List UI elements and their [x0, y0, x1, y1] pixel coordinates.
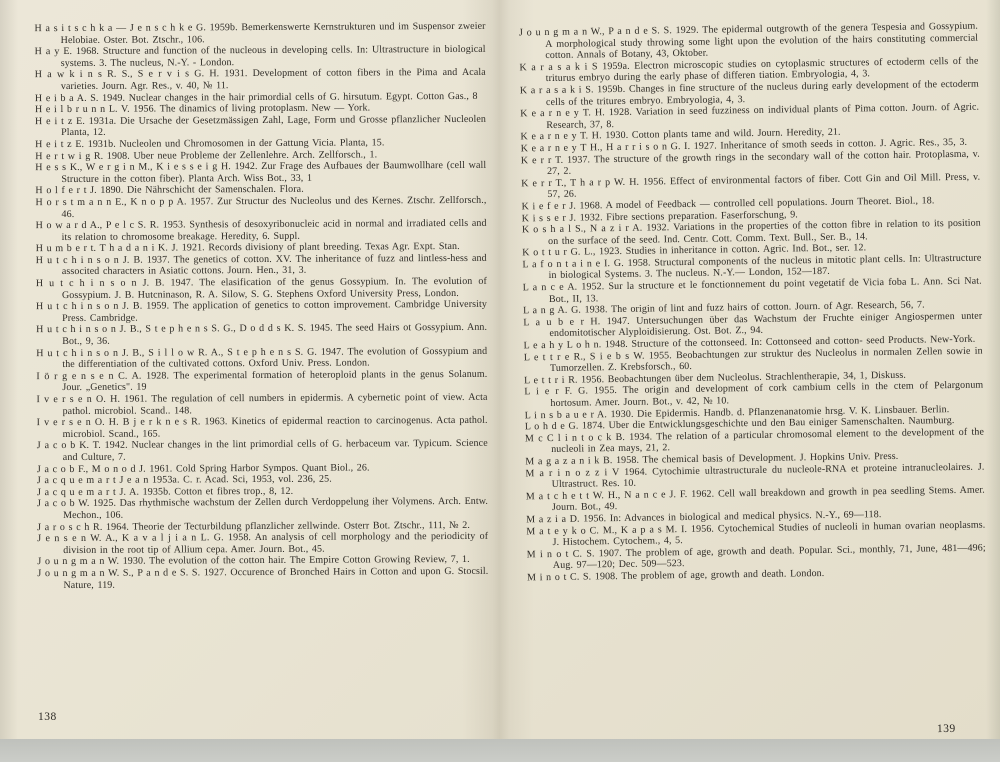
reference-entry: H a s i t s c h k a — J e n s c h k e G.…: [35, 21, 486, 47]
right-page-references: J o u n g m a n W., P a n d e S. S. 1929…: [519, 21, 986, 584]
reference-entry: J a c o b K. T. 1942. Nuclear changes in…: [37, 438, 488, 464]
reference-entry: J e n s e n W. A., K a v a l j i a n L. …: [37, 531, 488, 557]
reference-entry: H u t c h i n s o n J. B. 1947. The elas…: [36, 276, 487, 302]
page-number-right: 139: [937, 723, 956, 735]
reference-entry: H e i t z E. 1931a. Die Ursache der Gese…: [35, 114, 486, 140]
reference-entry: J o u n g m a n W. S., P a n d e S. S. 1…: [37, 566, 488, 592]
reference-entry: I ö r g e n s e n C. A. 1928. The experi…: [36, 369, 487, 395]
reference-entry: H o w a r d A., P e l c S. R. 1953. Synt…: [36, 218, 487, 244]
reference-entry: H u t c h i n s o n J. B., S t e p h e n…: [36, 322, 487, 348]
left-page-references: H a s i t s c h k a — J e n s c h k e G.…: [35, 21, 489, 591]
book-spread: H a s i t s c h k a — J e n s c h k e G.…: [0, 0, 1000, 741]
reference-entry: H o r s t m a n n E., K n o p p A. 1957.…: [35, 195, 486, 221]
scanned-book-spread: { "colors": { "paper": "#e9e4d3", "ink":…: [0, 0, 1000, 762]
reference-entry: H u t c h i n s o n J. B., S i l l o w R…: [36, 345, 487, 371]
reference-entry: H u t c h i n s o n J. B. 1937. The gene…: [36, 253, 487, 279]
reference-entry: J a c o b W. 1925. Das rhythmische wachs…: [37, 496, 488, 522]
page-left: H a s i t s c h k a — J e n s c h k e G.…: [0, 0, 497, 739]
page-right: J o u n g m a n W., P a n d e S. S. 1929…: [497, 0, 1000, 739]
reference-entry: I v e r s e n O. H. B j e r k n e s R. 1…: [37, 415, 488, 441]
reference-entry: I v e r s e n O. H. 1961. The regulation…: [36, 392, 487, 418]
reference-entry: H u t c h i n s o n J. B. 1959. The appl…: [36, 299, 487, 325]
reference-entry: H e s s K., W e r g i n M., K i e s s e …: [35, 160, 486, 186]
page-number-left: 138: [38, 711, 57, 723]
reference-entry: H a y E. 1968. Structure and function of…: [35, 44, 486, 70]
scanner-background-strip: [0, 739, 1000, 762]
reference-entry: H a w k i n s R. S., S e r v i s G. H. 1…: [35, 67, 486, 93]
